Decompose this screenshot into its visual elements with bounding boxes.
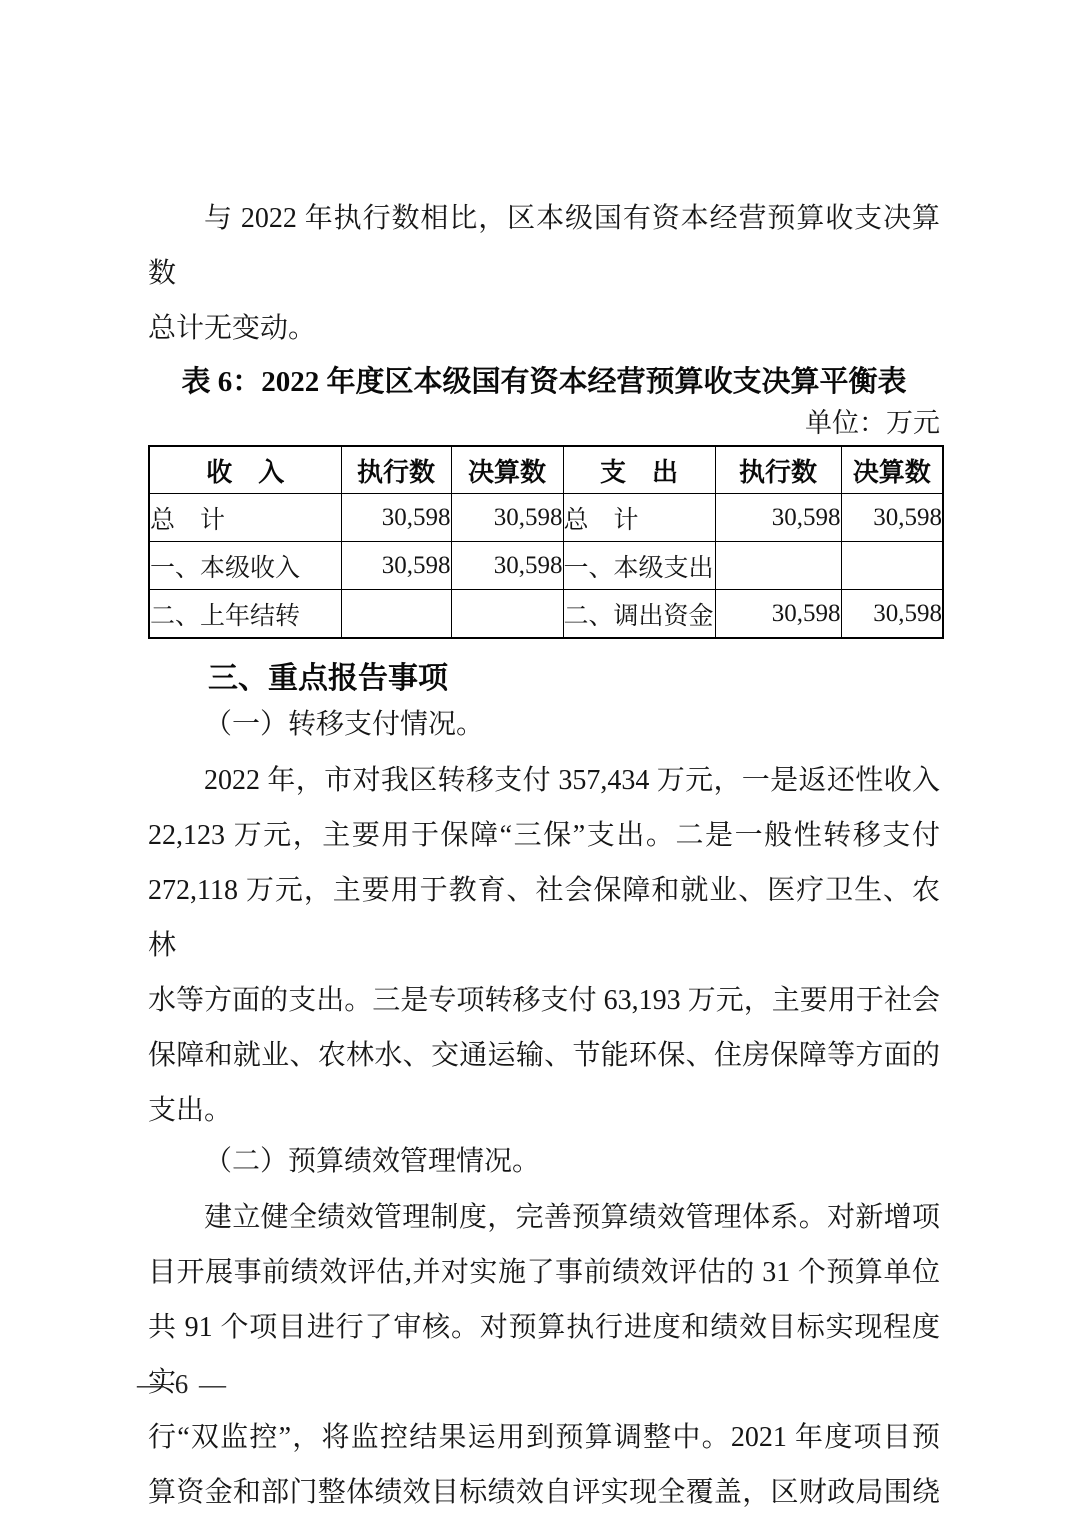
paragraph-transfer-payments: 2022 年，市对我区转移支付 357,434 万元，一是返还性收入 22,12…	[148, 753, 940, 1138]
table-cell: 30,598	[341, 494, 451, 542]
text-line: 保障和就业、农林水、交通运输、节能环保、住房保障等方面的	[148, 1028, 940, 1083]
text-line: 水等方面的支出。三是专项转移支付 63,193 万元，主要用于社会	[148, 973, 940, 1028]
table-cell	[715, 542, 841, 590]
unit-label: 单位：万元	[148, 406, 940, 440]
table-cell: 二、上年结转	[149, 590, 341, 639]
table-cell: 30,598	[341, 542, 451, 590]
document-page: 与 2022 年执行数相比，区本级国有资本经营预算收支决算数 总计无变动。 表 …	[0, 0, 1074, 1520]
intro-paragraph: 与 2022 年执行数相比，区本级国有资本经营预算收支决算数 总计无变动。	[148, 191, 940, 356]
subsection-heading: （一）转移支付情况。	[148, 703, 940, 747]
paragraph-performance-management: 建立健全绩效管理制度，完善预算绩效管理体系。对新增项 目开展事前绩效评估,并对实…	[148, 1190, 940, 1520]
table-header-cell: 决算数	[451, 446, 563, 494]
text-line: 22,123 万元，主要用于保障“三保”支出。二是一般性转移支付	[148, 808, 940, 863]
section-heading: 三、重点报告事项	[148, 657, 940, 701]
table-cell: 总 计	[149, 494, 341, 542]
table-cell: 30,598	[451, 542, 563, 590]
text-line: 建立健全绩效管理制度，完善预算绩效管理体系。对新增项	[148, 1190, 940, 1245]
table-cell: 一、本级收入	[149, 542, 341, 590]
table-cell: 30,598	[451, 494, 563, 542]
text-line: 2022 年，市对我区转移支付 357,434 万元，一是返还性收入	[148, 753, 940, 808]
table-row: 一、本级收入 30,598 30,598 一、本级支出	[149, 542, 943, 590]
text-line: 目开展事前绩效评估,并对实施了事前绩效评估的 31 个预算单位	[148, 1245, 940, 1300]
document-content: 与 2022 年执行数相比，区本级国有资本经营预算收支决算数 总计无变动。 表 …	[148, 0, 940, 1520]
balance-table: 收 入 执行数 决算数 支 出 执行数 决算数 总 计 30,598 30,59…	[148, 445, 944, 639]
table-header-cell: 执行数	[341, 446, 451, 494]
table-cell: 30,598	[715, 590, 841, 639]
subsection-heading: （二）预算绩效管理情况。	[148, 1140, 940, 1184]
table-cell: 30,598	[841, 494, 943, 542]
table-cell: 二、调出资金	[563, 590, 715, 639]
text-line: 共 91 个项目进行了审核。对预算执行进度和绩效目标实现程度实	[148, 1300, 940, 1410]
table-title: 表 6：2022 年度区本级国有资本经营预算收支决算平衡表	[148, 362, 940, 402]
table-cell: 30,598	[715, 494, 841, 542]
table-row: 总 计 30,598 30,598 总 计 30,598 30,598	[149, 494, 943, 542]
text-line: 行“双监控”，将监控结果运用到预算调整中。2021 年度项目预	[148, 1410, 940, 1465]
text-line: 支出。	[148, 1083, 940, 1138]
text-line: 总计无变动。	[148, 301, 940, 356]
text-line: 算资金和部门整体绩效目标绩效自评实现全覆盖，区财政局围绕	[148, 1465, 940, 1520]
table-row: 二、上年结转 二、调出资金 30,598 30,598	[149, 590, 943, 639]
text-line: 272,118 万元，主要用于教育、社会保障和就业、医疗卫生、农林	[148, 863, 940, 973]
table-cell: 总 计	[563, 494, 715, 542]
table-cell	[841, 542, 943, 590]
table-header-cell: 执行数	[715, 446, 841, 494]
table-cell: 30,598	[841, 590, 943, 639]
table-header-cell: 支 出	[563, 446, 715, 494]
table-header-cell: 收 入	[149, 446, 341, 494]
table-cell: 一、本级支出	[563, 542, 715, 590]
table-cell	[451, 590, 563, 639]
table-header-row: 收 入 执行数 决算数 支 出 执行数 决算数	[149, 446, 943, 494]
table-header-cell: 决算数	[841, 446, 943, 494]
page-number: — 6 —	[137, 1366, 228, 1402]
table-cell	[341, 590, 451, 639]
text-line: 与 2022 年执行数相比，区本级国有资本经营预算收支决算数	[148, 191, 940, 301]
